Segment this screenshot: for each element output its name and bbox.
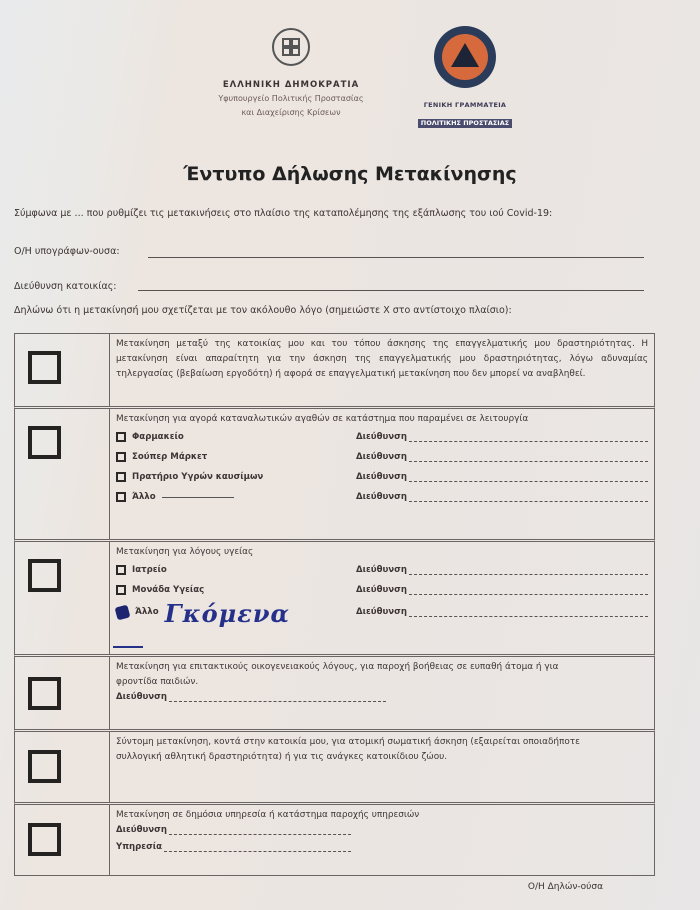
greek-emblem-icon bbox=[272, 28, 310, 66]
intro-text: Σύμφωνα με ... που ρυθμίζει τις μετακινή… bbox=[14, 208, 552, 219]
pharmacy-address-field[interactable] bbox=[409, 441, 648, 442]
page-title: Έντυπο Δήλωσης Μετακίνησης bbox=[0, 163, 700, 185]
option-doctor: Ιατρείο Διεύθυνση bbox=[116, 560, 648, 580]
reason-row-family: Μετακίνηση για επιτακτικούς οικογενειακο… bbox=[14, 654, 655, 729]
public-service-address-field[interactable] bbox=[169, 834, 351, 835]
ministry-line-2: και Διαχείρισης Κρίσεων bbox=[196, 106, 386, 120]
fuel-station-address-field[interactable] bbox=[409, 481, 648, 482]
reason-text-family: Μετακίνηση για επιτακτικούς οικογενειακο… bbox=[116, 660, 648, 690]
signatory-field[interactable] bbox=[148, 257, 644, 258]
shopping-other-address-field[interactable] bbox=[409, 501, 648, 502]
reason-row-work: Μετακίνηση μεταξύ της κατοικίας μου και … bbox=[14, 333, 655, 406]
cp-title-line-2: ΠΟΛΙΤΙΚΗΣ ΠΡΟΣΤΑΣΙΑΣ bbox=[418, 119, 512, 128]
option-checkbox-health-other-checked[interactable] bbox=[115, 604, 131, 620]
reason-text-work: Μετακίνηση μεταξύ της κατοικίας μου και … bbox=[110, 334, 654, 406]
cp-title-line-1: ΓΕΝΙΚΗ ΓΡΑΜΜΑΤΕΙΑ bbox=[410, 100, 520, 110]
option-supermarket: Σούπερ Μάρκετ Διεύθυνση bbox=[116, 447, 648, 467]
public-service-name-field[interactable] bbox=[164, 851, 351, 852]
option-checkbox-fuel-station[interactable] bbox=[116, 472, 126, 482]
reason-checkbox-shopping[interactable] bbox=[28, 426, 61, 459]
option-health-other: ΆλλοΓκόμενα Διεύθυνση bbox=[116, 600, 648, 624]
reason-checkbox-health[interactable] bbox=[28, 559, 61, 592]
reason-checkbox-public-service[interactable] bbox=[28, 823, 61, 856]
signatory-label: Ο/Η υπογράφων-ουσα: bbox=[14, 246, 120, 257]
option-checkbox-supermarket[interactable] bbox=[116, 452, 126, 462]
reason-text-public-service: Μετακίνηση σε δημόσια υπηρεσία ή κατάστη… bbox=[116, 808, 648, 823]
reason-row-public-service: Μετακίνηση σε δημόσια υπηρεσία ή κατάστη… bbox=[14, 802, 655, 876]
declaration-text: Δηλώνω ότι η μετακίνησή μου σχετίζεται μ… bbox=[14, 305, 512, 316]
reason-text-health: Μετακίνηση για λόγους υγείας bbox=[116, 545, 648, 560]
reason-row-shopping: Μετακίνηση για αγορά καταναλωτικών αγαθώ… bbox=[14, 406, 655, 539]
reason-checkbox-family[interactable] bbox=[28, 677, 61, 710]
option-pharmacy: Φαρμακείο Διεύθυνση bbox=[116, 427, 648, 447]
health-unit-address-field[interactable] bbox=[409, 594, 648, 595]
option-checkbox-shopping-other[interactable] bbox=[116, 492, 126, 502]
family-address-field[interactable] bbox=[169, 701, 386, 702]
option-checkbox-pharmacy[interactable] bbox=[116, 432, 126, 442]
shopping-other-field[interactable] bbox=[162, 497, 234, 498]
reason-text-exercise: Σύντομη μετακίνηση, κοντά στην κατοικία … bbox=[110, 732, 654, 802]
option-health-unit: Μονάδα Υγείας Διεύθυνση bbox=[116, 580, 648, 600]
reason-text-shopping: Μετακίνηση για αγορά καταναλωτικών αγαθώ… bbox=[116, 412, 648, 427]
movement-declaration-form: ΕΛΛΗΝΙΚΗ ΔΗΜΟΚΡΑΤΙΑ Υφυπουργείο Πολιτική… bbox=[0, 0, 700, 910]
handwritten-other-value[interactable]: Γκόμενα bbox=[165, 604, 290, 624]
pen-mark bbox=[113, 646, 143, 648]
option-checkbox-doctor[interactable] bbox=[116, 565, 126, 575]
option-checkbox-health-unit[interactable] bbox=[116, 585, 126, 595]
reason-checkbox-exercise[interactable] bbox=[28, 750, 61, 783]
reason-checkbox-work[interactable] bbox=[28, 351, 61, 384]
doctor-address-field[interactable] bbox=[409, 574, 648, 575]
signature-label: Ο/Η Δηλών-ούσα bbox=[528, 882, 603, 892]
health-other-address-field[interactable] bbox=[409, 616, 648, 617]
civil-protection-header: ΓΕΝΙΚΗ ΓΡΑΜΜΑΤΕΙΑ ΠΟΛΙΤΙΚΗΣ ΠΡΟΣΤΑΣΙΑΣ bbox=[410, 26, 520, 129]
civil-protection-logo-icon bbox=[434, 26, 496, 88]
reason-row-health: Μετακίνηση για λόγους υγείας Ιατρείο Διε… bbox=[14, 539, 655, 654]
gov-header: ΕΛΛΗΝΙΚΗ ΔΗΜΟΚΡΑΤΙΑ Υφυπουργείο Πολιτική… bbox=[196, 28, 386, 120]
reason-row-exercise: Σύντομη μετακίνηση, κοντά στην κατοικία … bbox=[14, 729, 655, 802]
ministry-line-1: Υφυπουργείο Πολιτικής Προστασίας bbox=[196, 92, 386, 106]
home-address-field[interactable] bbox=[138, 290, 644, 291]
gov-title: ΕΛΛΗΝΙΚΗ ΔΗΜΟΚΡΑΤΙΑ bbox=[196, 80, 386, 90]
reasons-table: Μετακίνηση μεταξύ της κατοικίας μου και … bbox=[14, 333, 655, 876]
option-fuel-station: Πρατήριο Υγρών καυσίμων Διεύθυνση bbox=[116, 467, 648, 487]
option-shopping-other: Άλλο Διεύθυνση bbox=[116, 487, 648, 507]
supermarket-address-field[interactable] bbox=[409, 461, 648, 462]
home-address-label: Διεύθυνση κατοικίας: bbox=[14, 281, 116, 292]
